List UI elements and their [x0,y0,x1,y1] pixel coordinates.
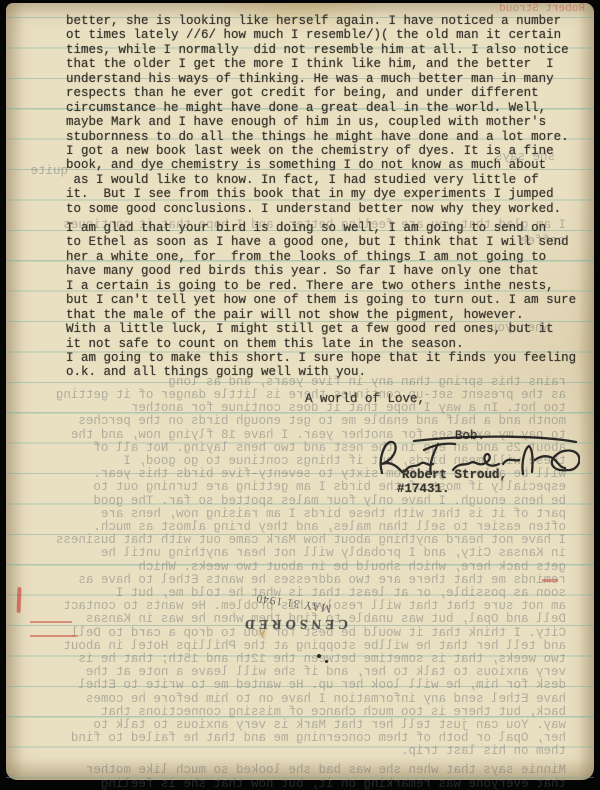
text-line: have many good red birds this year. So f… [66,264,590,278]
text-line: it. But I see from this book that in my … [66,187,590,201]
letter-body: better, she is looking like herself agai… [0,0,600,790]
text-line: but I can't tell yet how one of them is … [66,293,590,307]
text-line: I got a new book last week on the chemis… [66,144,590,158]
text-line: as I would like to know. In fact, I had … [66,173,590,187]
text-line: better, she is looking like herself agai… [66,14,590,28]
text-line: o.k. and all things going well with you. [66,365,590,379]
text-line: book, and dye chemistry is something I d… [66,158,590,172]
text-line: With a little luck, I might still get a … [66,322,590,336]
text-line: respects than he ever got credit for bei… [66,86,590,100]
typed-sender-name: Robert Stroud, [402,468,507,482]
text-line: understand his ways of thinking. He was … [66,72,590,86]
paragraph-1: better, she is looking like herself agai… [66,14,590,144]
text-line: it not safe to count on them this late i… [66,337,590,351]
paragraph-3: I am glad that your bird is doing so wel… [66,221,590,351]
paragraph-4: I am going to make this short. I sure ho… [66,351,590,380]
text-line: her a white one, for from the looks of t… [66,250,590,264]
text-line: that the male of the pair will not show … [66,308,590,322]
paragraph-2: I got a new book last week on the chemis… [66,144,590,216]
text-line: I a certain is going to be red. There ar… [66,279,590,293]
text-line: circumstance he might have done a great … [66,101,590,115]
text-line: I am going to make this short. I sure ho… [66,351,590,365]
closing-line: A world of Love, [305,392,425,406]
text-line: times, while I normally did not resemble… [66,43,590,57]
text-line: to Ethel as soon as I have a good one, b… [66,235,590,249]
scanned-letter: Robert Stroud she saysquiteI am glad tha… [0,0,600,790]
text-line: maybe Mark and I have enough of him in u… [66,115,590,129]
prisoner-number: #17431. [397,482,450,496]
text-line: to some good conclusions. I understand b… [66,202,590,216]
text-line: stubornness to do all the things he migh… [66,130,590,144]
text-line: that the older I get the more I think li… [66,57,590,71]
text-line: I am glad that your bird is doing so wel… [66,221,590,235]
text-line: ot times lately //6/ how much I resemble… [66,28,590,42]
